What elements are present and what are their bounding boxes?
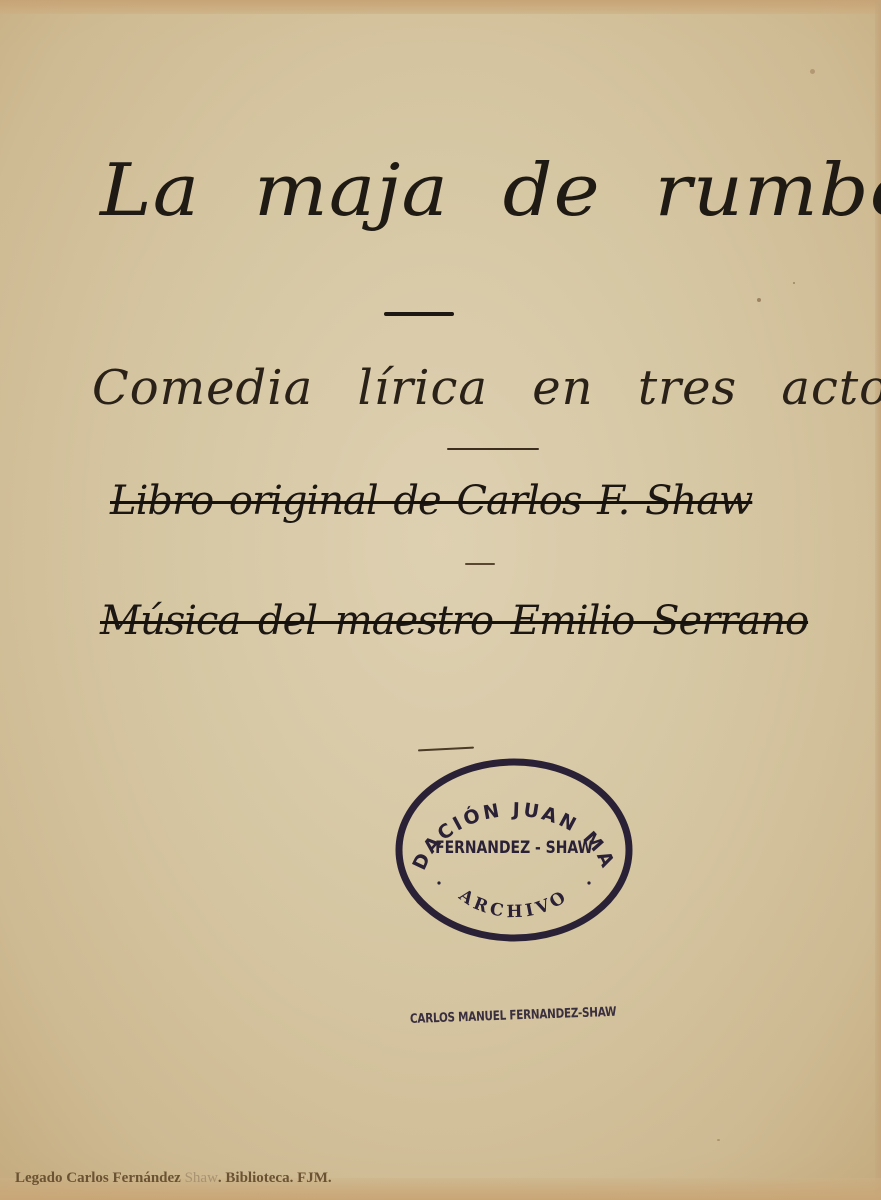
footer-part-2: Shaw xyxy=(185,1170,218,1186)
footer-attribution: Legado Carlos Fernández Shaw. Biblioteca… xyxy=(15,1170,332,1187)
footer-part-1: Legado Carlos Fernández xyxy=(15,1170,185,1186)
separator-dash-4 xyxy=(418,747,474,752)
separator-dash-3 xyxy=(465,563,495,565)
page-top-edge xyxy=(0,0,881,14)
separator-dash-1 xyxy=(384,312,454,316)
owner-stamp-text: CARLOS MANUEL FERNANDEZ-SHAW xyxy=(410,1005,617,1027)
archive-stamp: FUNDACIÓN JUAN MARCH ARCHIVO FERNANDEZ -… xyxy=(394,755,634,945)
stamp-center-text: FERNANDEZ - SHAW xyxy=(416,838,613,858)
manuscript-page: La maja de rumbo Comedia lírica en tres … xyxy=(0,0,881,1200)
paper-speck xyxy=(757,298,761,302)
svg-text:ARCHIVO: ARCHIVO xyxy=(454,885,573,922)
footer-part-3: . Biblioteca. FJM. xyxy=(218,1170,332,1186)
paper-speck xyxy=(793,282,795,284)
paper-speck xyxy=(717,1139,720,1141)
manuscript-subtitle: Comedia lírica en tres actos xyxy=(92,360,881,416)
paper-speck xyxy=(810,69,815,74)
stamp-bottom-arc-text: ARCHIVO xyxy=(454,885,573,922)
manuscript-title: La maja de rumbo xyxy=(100,148,881,232)
separator-dash-2 xyxy=(447,448,539,450)
credit-libretto-struck: Libro original de Carlos F. Shaw xyxy=(110,478,752,524)
credit-music-struck: Música del maestro Emilio Serrano xyxy=(100,598,808,644)
